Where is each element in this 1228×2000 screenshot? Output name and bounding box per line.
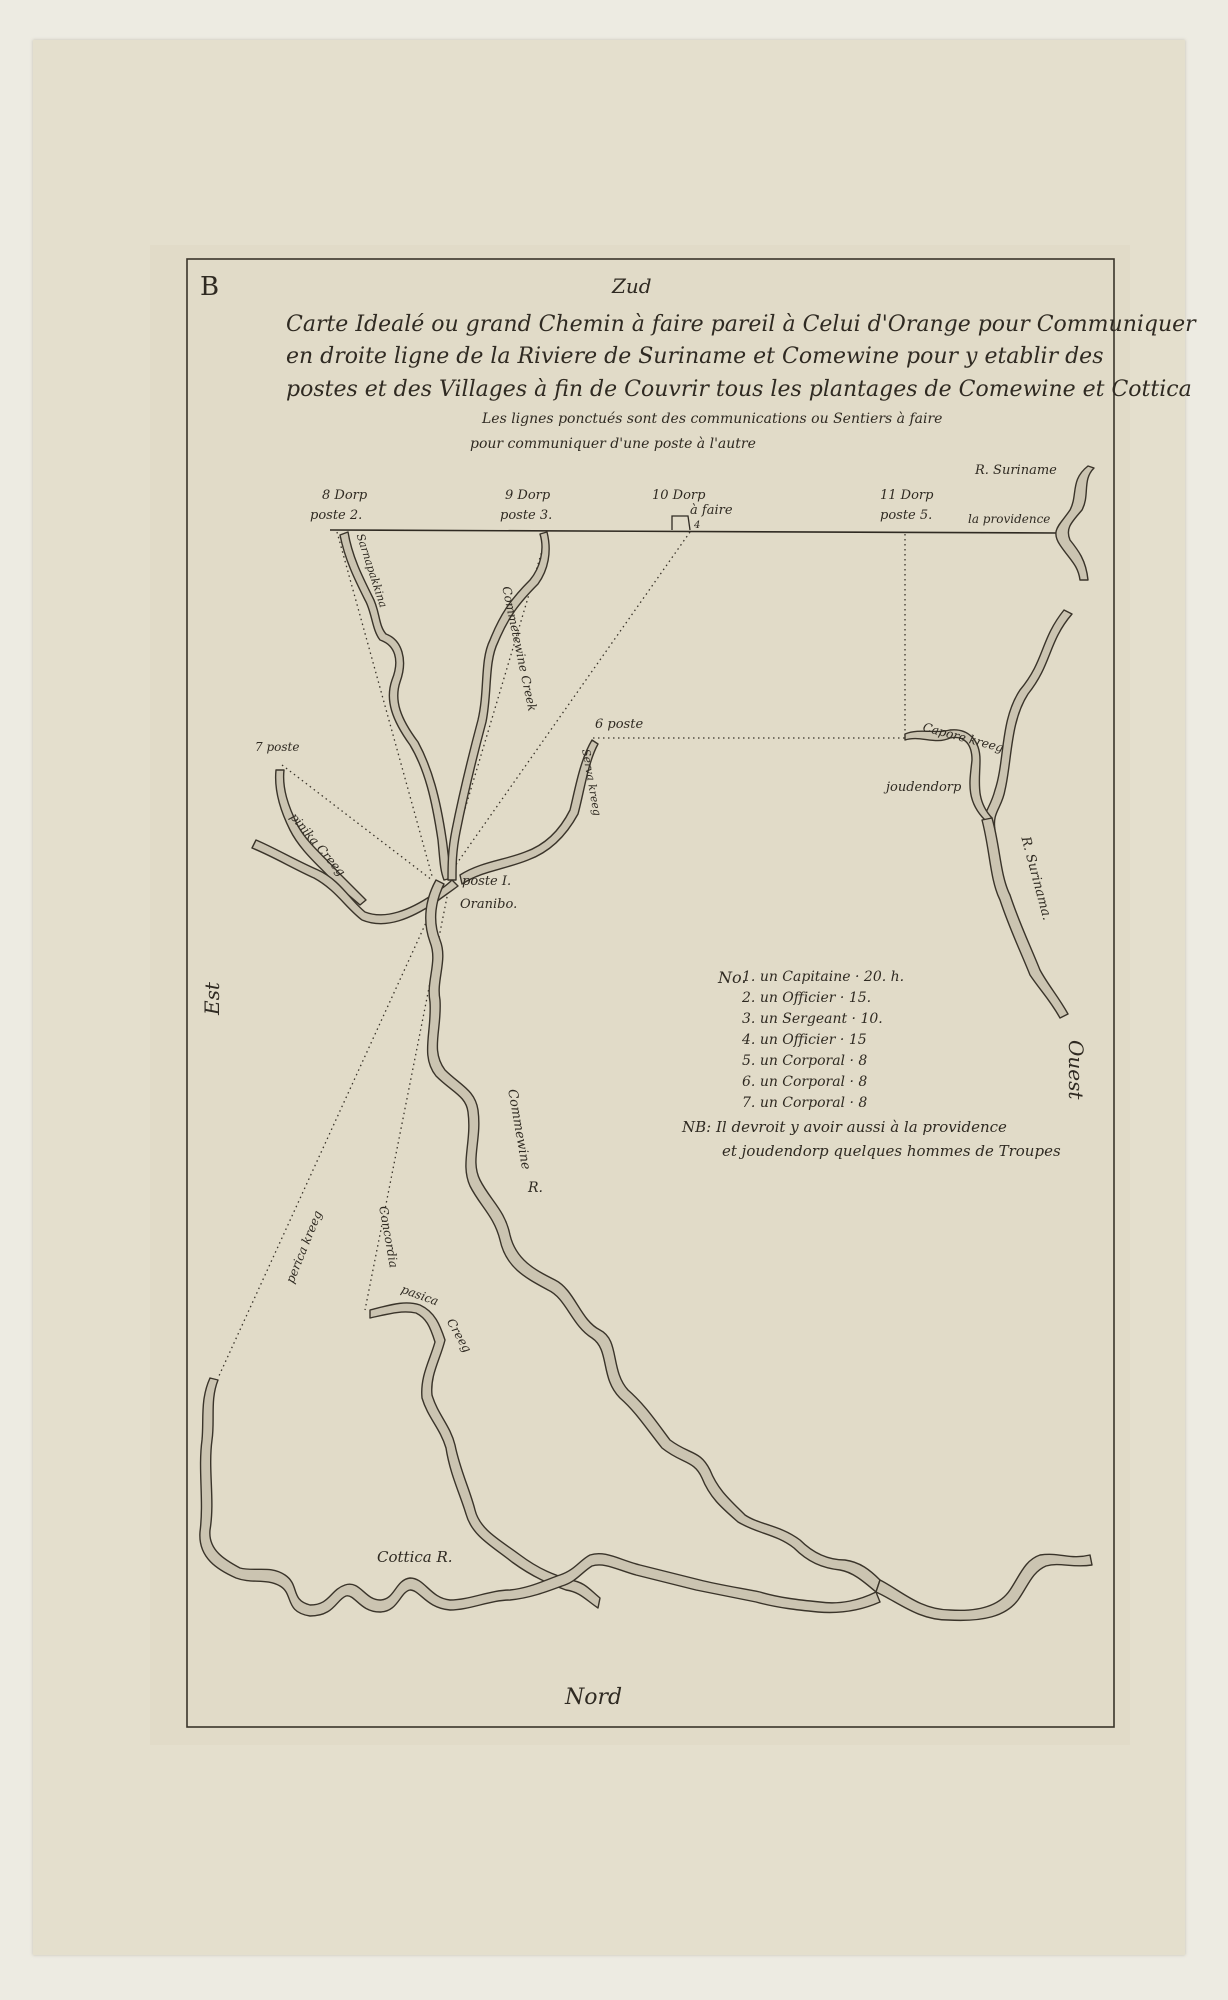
post-11-poste-label: poste 5. [880,508,932,523]
oranibo-label: Oranibo. [460,897,517,912]
legend-row-6: 6. un Corporal · 8 [742,1074,867,1090]
compass-east-label: Est [200,982,224,1015]
post-11-dorp-label: 11 Dorp [880,488,933,503]
la-providence-label: la providence [968,512,1050,526]
legend-row-4: 4. un Officier · 15 [742,1032,867,1048]
legend-row-5: 5. un Corporal · 8 [742,1053,867,1069]
legend-note-line-1: NB: Il devroit y avoir aussi à la provid… [682,1118,1007,1136]
dorp-10-hut-icon [672,516,690,530]
compass-north-label: Nord [565,1685,622,1710]
commewine-river-suffix: R. [528,1180,543,1196]
map-frame [187,259,1114,1727]
post-9-dorp-label: 9 Dorp [505,488,550,503]
title-line-1: Carte Idealé ou grand Chemin à faire par… [286,312,1196,337]
compass-west-label: Ouest [1064,1040,1088,1099]
poste-1-label: poste I. [462,874,511,889]
legend-row-2: 2. un Officier · 15. [742,990,871,1006]
subtitle-line-1: Les lignes ponctués sont des communicati… [482,411,942,427]
dotted-paths [218,532,905,1378]
post-10-dorp-label: 10 Dorp [652,488,705,503]
cottica-river-label: Cottica R. [377,1548,453,1566]
post-10-number: 4 [694,520,700,531]
post-8-dorp-label: 8 Dorp [322,488,367,503]
legend-row-3: 3. un Sergeant · 10. [742,1011,883,1027]
legend-row-7: 7. un Corporal · 8 [742,1095,867,1111]
legend-row-1: 1. un Capitaine · 20. h. [742,969,904,985]
joudendorp-label: joudendorp [886,780,961,795]
poste-6-label: 6 poste [595,717,643,732]
subtitle-line-2: pour communiquer d'une poste à l'autre [470,436,756,452]
legend-note-line-2: et joudendorp quelques hommes de Troupes [722,1142,1061,1160]
title-line-2: en droite ligne de la Riviere de Surinam… [286,344,1103,369]
post-9-poste-label: poste 3. [500,508,552,523]
rivers [200,466,1094,1620]
poste-7-label: 7 poste [255,740,299,754]
r-suriname-label: R. Suriname [975,463,1057,478]
title-line-3: postes et des Villages à fin de Couvrir … [286,377,1192,402]
post-8-poste-label: poste 2. [310,508,362,523]
post-10-afaire-label: à faire [690,503,733,518]
compass-south-label: Zud [612,274,652,298]
plate-letter: B [200,272,219,302]
